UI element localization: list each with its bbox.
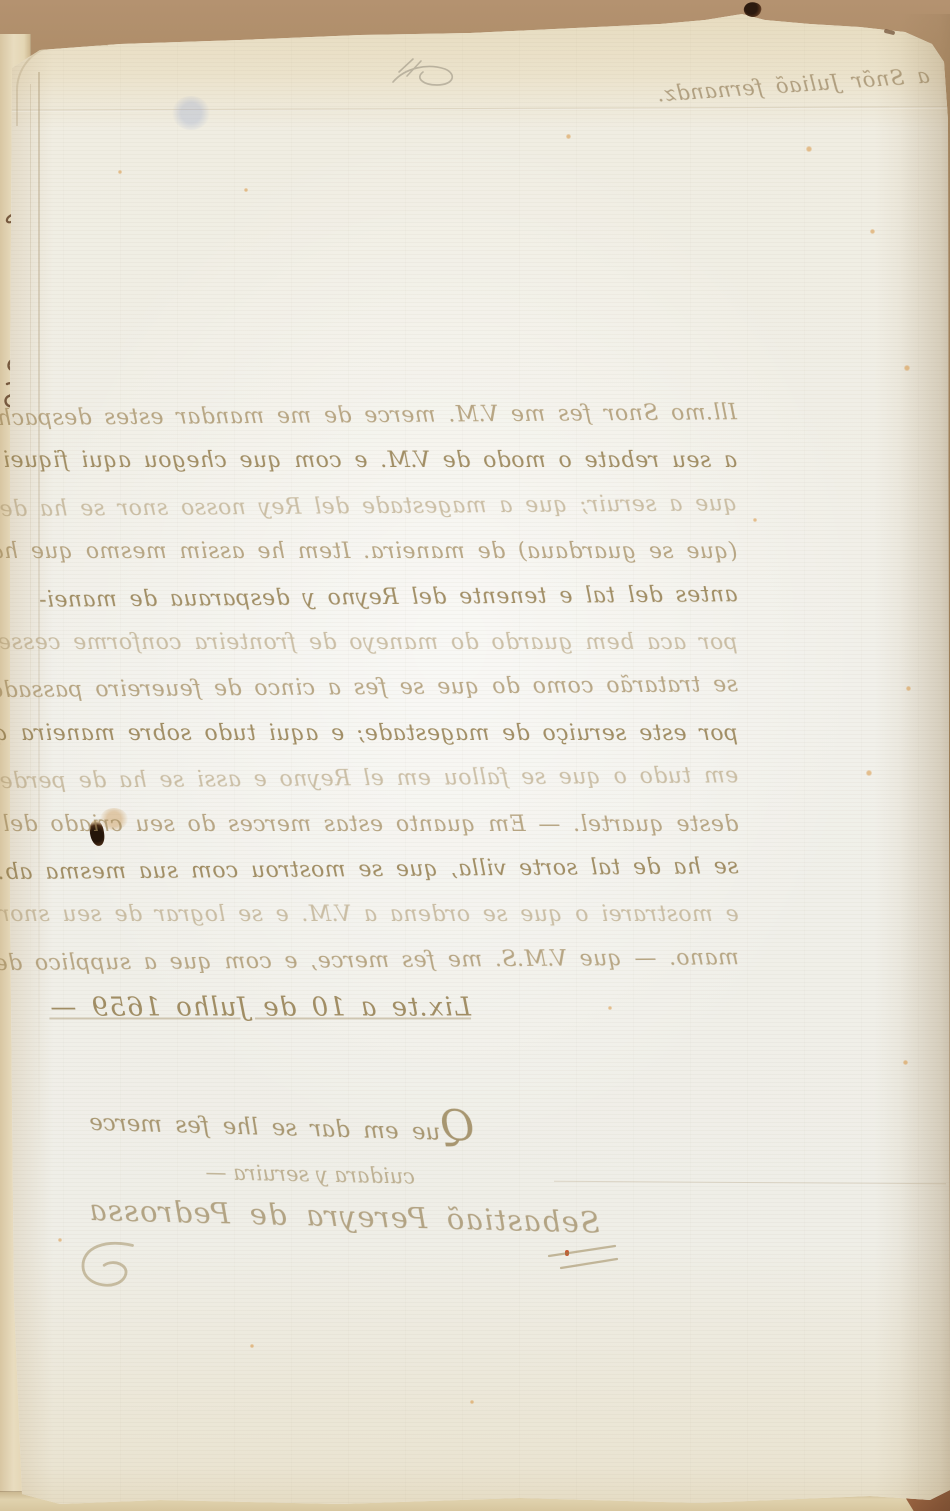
pencil-scribble: [383, 50, 461, 100]
foxing-spot: [753, 518, 757, 522]
letter-line: se tratarão como do que se fes a cinco d…: [38, 663, 738, 714]
letter-line: (que se guardaua) de maneira. Item he as…: [37, 529, 737, 574]
letter-line: deste quartel. — Em quanto estas merces …: [38, 802, 738, 847]
signature-block-mirrored: Que em dar se lhe fes merce cuidara y se…: [70, 1096, 610, 1233]
foxing-spot: [806, 146, 812, 152]
foxing-spot: [470, 1400, 474, 1404]
foxing-spot: [250, 1344, 254, 1348]
signature-line: Que em dar se lhe fes merce: [69, 1090, 475, 1150]
foxing-spot: [244, 188, 248, 192]
blue-smudge: [172, 96, 210, 130]
letter-line: antes del tal e tenente del Reyno y desp…: [37, 572, 737, 623]
foxing-spot: [866, 770, 872, 776]
foxing-spot: [903, 1060, 908, 1065]
letter-line: a seu rebate o modo de V.M. e com que ch…: [37, 438, 737, 483]
letter-line: que a seruir; que a magestade del Rey no…: [37, 481, 737, 532]
foxing-spot: [904, 365, 910, 371]
foxing-spot: [906, 686, 911, 691]
letter-line: Ill.mo Snor fes me V.M. merce de me mand…: [37, 390, 737, 441]
letter-line: e mostrarei o que se ordena a V.M. e se …: [39, 892, 739, 937]
foxing-spot: [566, 134, 571, 139]
manuscript-scan: a Snõr Juliaõ fernandz. Ill.mo Snor fes …: [0, 0, 950, 1511]
page-curvature-shading: [900, 14, 950, 1511]
letter-line: por aca bem guardo do maneyo de fronteir…: [38, 620, 738, 665]
signature-dashes: [545, 1242, 625, 1274]
signature-name: Sebastiaõ Pereyra de Pedrossa: [70, 1193, 601, 1240]
foxing-spot: [118, 170, 122, 174]
signature-flourish: [72, 1236, 142, 1302]
letter-line: por este seruiço de magestade; e aqui tu…: [38, 711, 738, 756]
letter-line: se ha de tal sorte villa, que se mostrou…: [38, 844, 738, 895]
foxing-spot: [870, 229, 875, 234]
letter-dateline: Lix.te a 10 de Julho 1659 —: [39, 984, 471, 1032]
signature-line: cuidara y seruira —: [70, 1157, 415, 1188]
foxing-spot: [58, 1238, 62, 1242]
letter-line: em tudo o que se fallou em el Reyno e as…: [38, 753, 738, 804]
letter-line: mano. — que V.M.S. me fes merce, e com q…: [39, 935, 739, 986]
letter-body-mirrored: Ill.mo Snor fes me V.M. merce de me mand…: [37, 392, 739, 1033]
